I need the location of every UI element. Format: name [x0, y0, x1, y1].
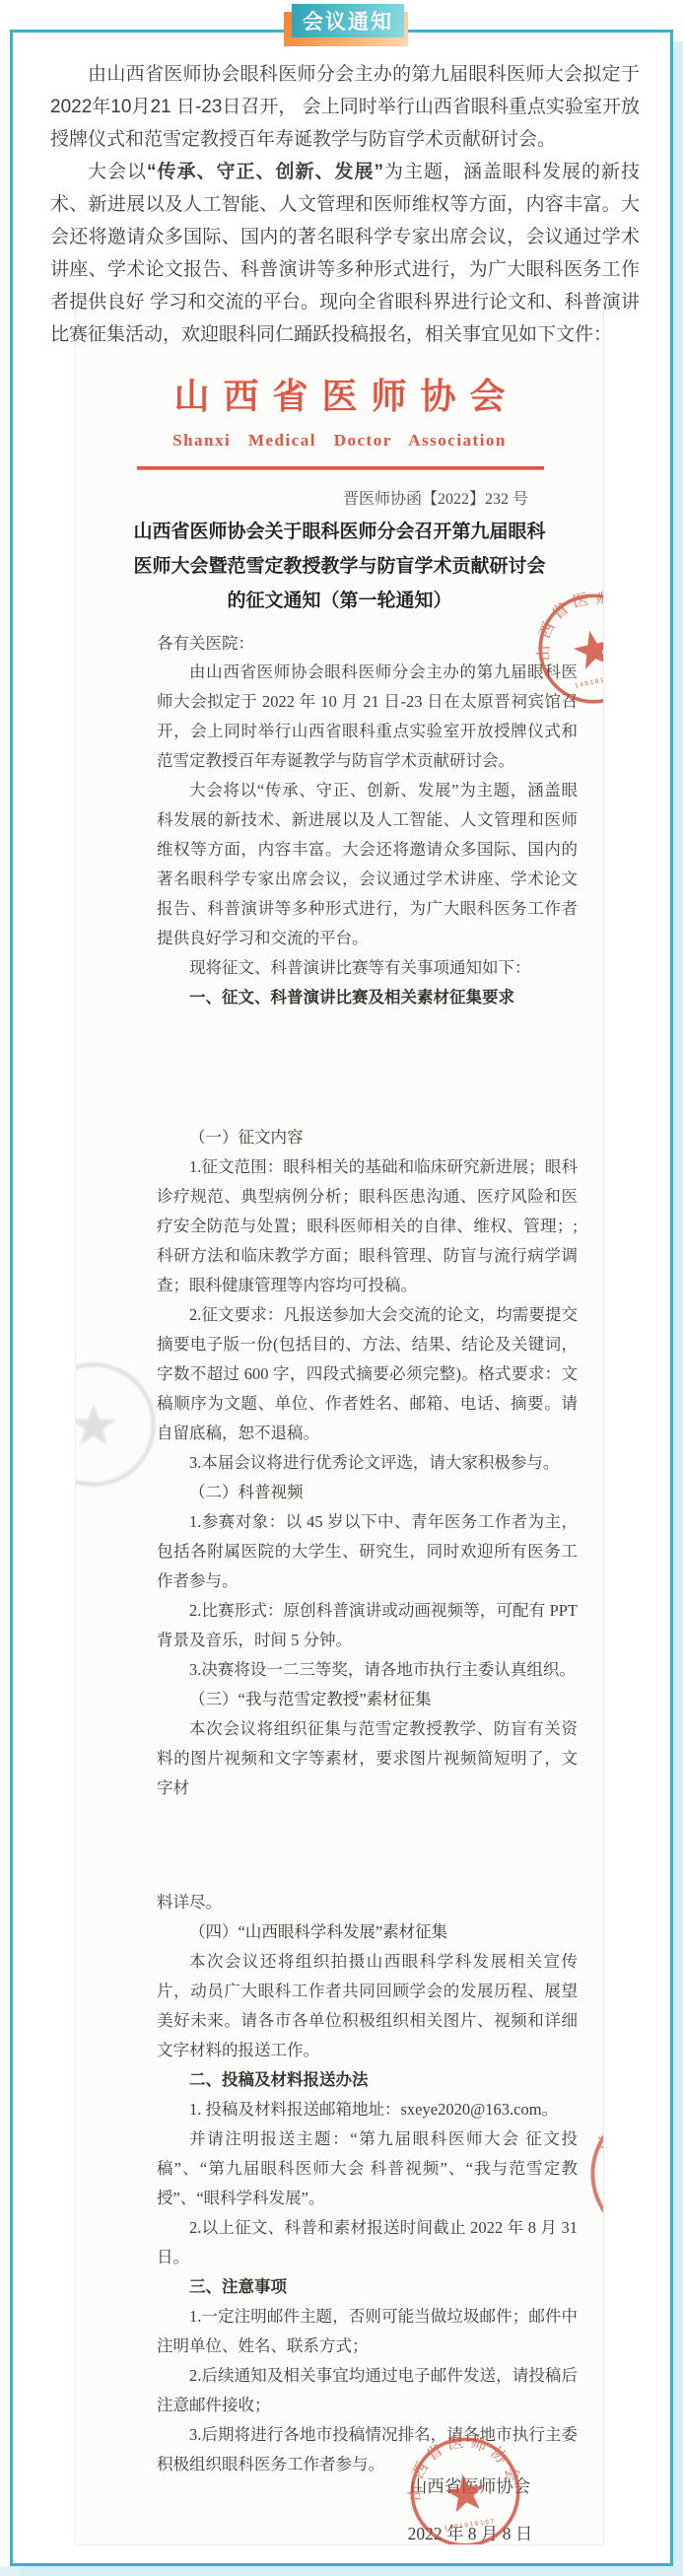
doc-heading-2: （一）征文内容 — [157, 1123, 578, 1152]
doc-paragraph: 1. 投稿及材料报送邮箱地址：sxeye2020@163.com。 — [157, 2095, 578, 2124]
signature-block: 山西省医师协会 2022 年 8 月 8 日 — [367, 2470, 574, 2545]
document-title-line3: 的征文通知（第一轮通知） — [76, 584, 603, 618]
doc-heading-1: 二、投稿及材料报送办法 — [157, 2065, 578, 2095]
doc-paragraph: 2.后续通知及相关事宜均通过电子邮件发送，请投稿后注意邮件接收； — [157, 2361, 578, 2420]
doc-paragraph: 并请注明报送主题：“第九届眼科医师大会 征文投稿”、“第九届眼科医师大会 科普视… — [157, 2124, 578, 2213]
letterhead-rule — [137, 466, 544, 470]
notice-container: 由山西省医师协会眼科医师分会主办的第九届眼科医师大会拟定于2022年10月21 … — [10, 30, 673, 2566]
doc-paragraph: 1.征文范围：眼科相关的基础和临床研究新进展；眼科诊疗规范、典型病例分析；眼科医… — [157, 1152, 578, 1300]
document-title: 山西省医师协会关于眼科医师分会召开第九届眼科 医师大会暨范雪定教授教学与防盲学术… — [76, 515, 603, 618]
doc-paragraph: 3.决赛将设一二三等奖，请各地市执行主委认真组织。 — [157, 1655, 578, 1685]
letterhead-en: Shanxi Medical Doctor Association — [76, 431, 603, 451]
doc-paragraph: 料详尽。 — [157, 1888, 578, 1917]
intro-paragraph-1: 由山西省医师协会眼科医师分会主办的第九届眼科医师大会拟定于2022年10月21 … — [50, 58, 640, 156]
intro-theme-bold: “传承、守正、创新、发展” — [147, 162, 383, 182]
notice-badge: 会议通知 — [292, 4, 404, 37]
doc-paragraph: 本次会议将组织征集与范雪定教授教学、防盲有关资料的图片视频和文字等素材，要求图片… — [157, 1714, 578, 1803]
doc-heading-1: 一、征文、科普演讲比赛及相关素材征集要求 — [157, 983, 578, 1012]
doc-paragraph: 2.以上征文、科普和素材报送时间截止 2022 年 8 月 31 日。 — [157, 2213, 578, 2272]
signature-org: 山西省医师协会 — [367, 2470, 574, 2503]
page-break-gap — [157, 1012, 578, 1123]
page-break-gap — [157, 1803, 578, 1888]
document-title-line2: 医师大会暨范雪定教授教学与防盲学术贡献研讨会 — [76, 549, 603, 584]
doc-paragraph: 3.本届会议将进行优秀论文评选，请大家积极参与。 — [157, 1448, 578, 1478]
doc-paragraph: 2.征文要求：凡报送参加大会交流的论文，均需要提交摘要电子版一份(包括目的、方法… — [157, 1300, 578, 1448]
letterhead-cn: 山西省医师协会 — [76, 374, 603, 419]
doc-heading-2: （三）“我与范雪定教授”素材征集 — [157, 1685, 578, 1714]
intro-paragraph-2: 大会以“传承、守正、创新、发展”为主题，涵盖眼科发展的新技术、新进展以及人工智能… — [50, 156, 640, 351]
doc-heading-2: （四）“山西眼科学科发展”素材征集 — [157, 1917, 578, 1947]
scanned-document: 山西省医师协会 Shanxi Medical Doctor Associatio… — [75, 309, 604, 2545]
doc-heading-1: 三、注意事项 — [157, 2272, 578, 2302]
doc-paragraph: 大会将以“传承、守正、创新、发展”为主题，涵盖眼科发展的新技术、新进展以及人工智… — [157, 776, 578, 953]
document-title-line1: 山西省医师协会关于眼科医师分会召开第九届眼科 — [76, 515, 603, 549]
doc-paragraph: 2.比赛形式：原创科普演讲或动画视频等，可配有 PPT 背景及音乐，时间 5 分… — [157, 1596, 578, 1655]
doc-heading-2: （二）科普视频 — [157, 1478, 578, 1507]
doc-paragraph: 现将征文、科普演讲比赛等有关事项通知如下： — [157, 953, 578, 983]
document-body: 由山西省医师协会眼科医师分会主办的第九届眼科医师大会拟定于 2022 年 10 … — [76, 654, 603, 2479]
page-shadow-strip — [0, 2566, 683, 2576]
document-number: 晋医师协函【2022】232 号 — [76, 486, 603, 509]
intro-section: 由山西省医师协会眼科医师分会主办的第九届眼科医师大会拟定于2022年10月21 … — [50, 58, 640, 351]
doc-paragraph: 本次会议还将组织拍摄山西眼科学科发展相关宣传片，动员广大眼科工作者共同回顾学会的… — [157, 1947, 578, 2065]
doc-paragraph: 1.参赛对象：以 45 岁以下中、青年医务工作者为主，包括各附属医院的大学生、研… — [157, 1507, 578, 1596]
salutation: 各有关医院： — [76, 630, 603, 654]
notice-badge-label: 会议通知 — [303, 6, 393, 35]
signature-date: 2022 年 8 月 8 日 — [367, 2517, 574, 2545]
doc-paragraph: 由山西省医师协会眼科医师分会主办的第九届眼科医师大会拟定于 2022 年 10 … — [157, 658, 578, 776]
doc-paragraph: 1.一定注明邮件主题，否则可能当做垃圾邮件；邮件中注明单位、姓名、联系方式； — [157, 2302, 578, 2361]
